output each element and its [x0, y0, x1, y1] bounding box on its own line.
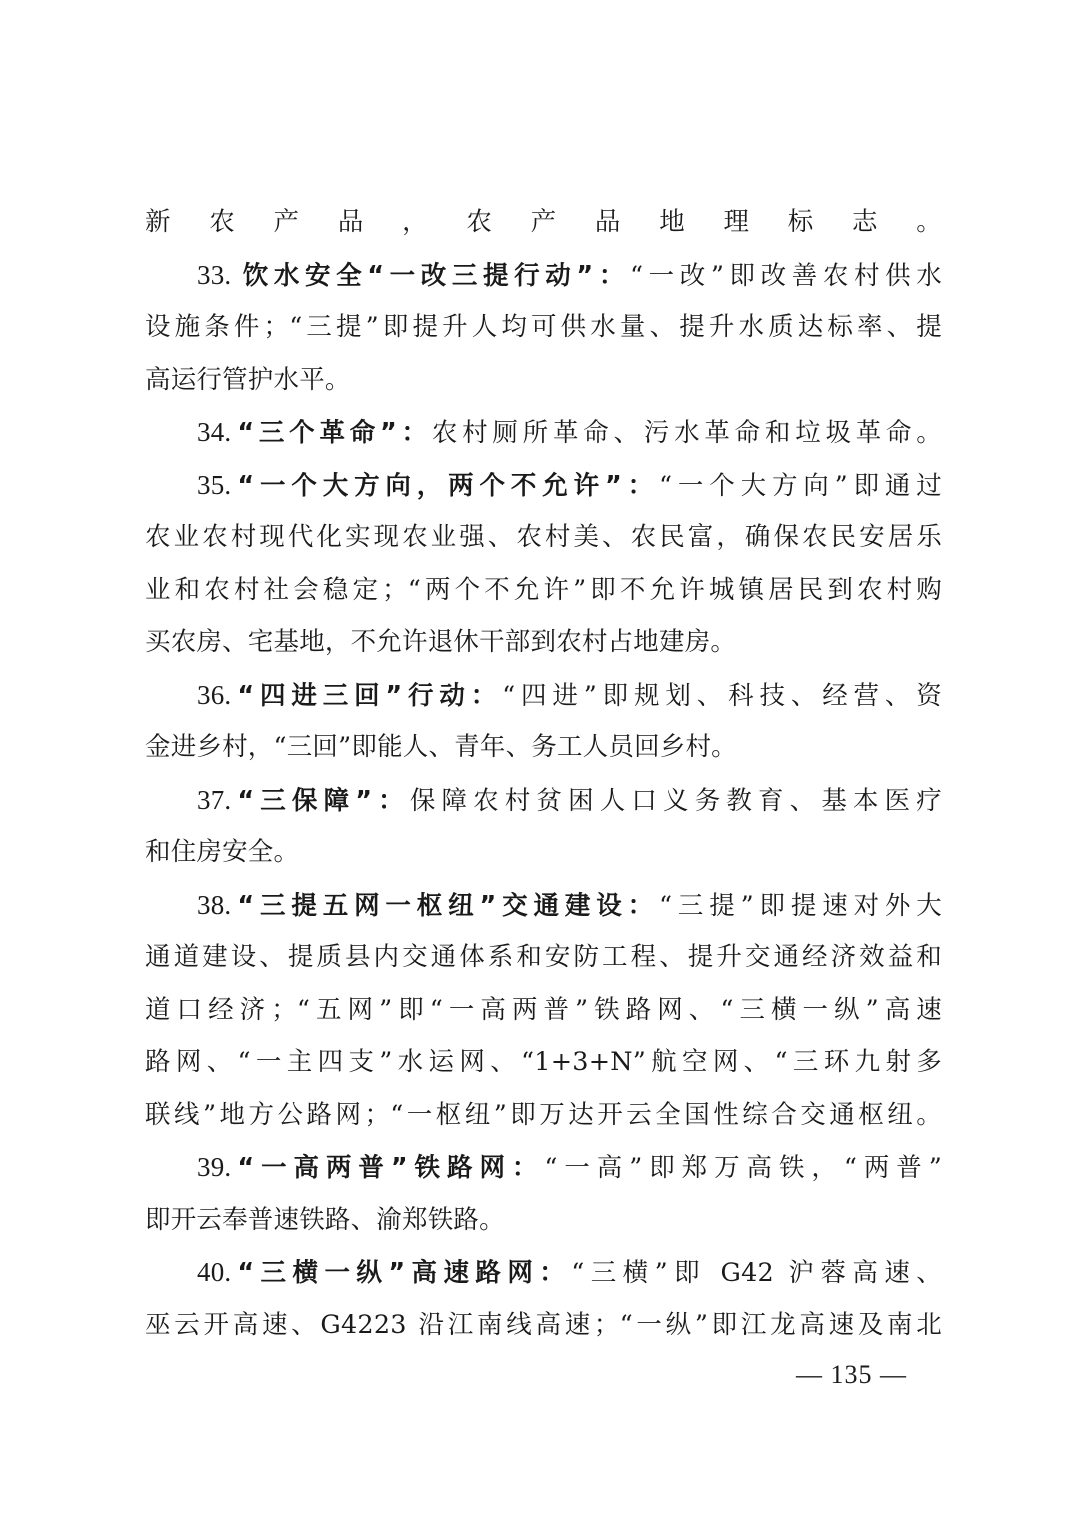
item-number: 33.: [197, 260, 231, 290]
body-text: 农业农村现代化实现农业强、农村美、农民富，确保农民安居乐: [145, 522, 942, 552]
body-text: 农村厕所革命、污水革命和垃圾革命。: [432, 418, 942, 448]
body-text: 即开云奉普速铁路、渝郑铁路。: [145, 1205, 505, 1235]
item-number: 36.: [197, 680, 231, 710]
body-text: 通道建设、提质县内交通体系和安防工程、提升交通经济效益和: [145, 942, 942, 972]
body-text: “一改”即改善农村供水: [630, 261, 942, 291]
body-text: “三提”即提速对外大: [659, 891, 942, 921]
item-title: “三提五网一枢纽”交通建设：: [237, 891, 659, 921]
paragraph-line: 金进乡村，“三回”即能人、青年、务工人员回乡村。: [145, 721, 942, 774]
item-number: 39.: [197, 1152, 231, 1182]
item-number: 34.: [197, 417, 231, 447]
body-text: 新农产品，农产品地理标志。: [145, 207, 942, 237]
item-33-heading-line: 33.饮水安全“一改三提行动”：“一改”即改善农村供水: [145, 249, 942, 302]
item-title: “四进三回”行动：: [237, 681, 502, 711]
body-text: 和住房安全。: [145, 837, 299, 867]
item-number: 38.: [197, 890, 231, 920]
body-text: 保障农村贫困人口义务教育、基本医疗: [410, 786, 942, 816]
body-text: 巫云开高速、G4223 沿江南线高速；“一纵”即江龙高速及南北: [145, 1310, 942, 1340]
paragraph-line: 设施条件；“三提”即提升人均可供水量、提升水质达标率、提: [145, 301, 942, 354]
item-title: “三保障”：: [237, 786, 409, 816]
item-title: 饮水安全“一改三提行动”：: [237, 261, 630, 291]
item-39-heading-line: 39.“一高两普”铁路网：“一高”即郑万高铁，“两普”: [145, 1141, 942, 1194]
body-text: 买农房、宅基地，不允许退休干部到农村占地建房。: [145, 627, 736, 657]
paragraph-line: 和住房安全。: [145, 826, 942, 879]
paragraph-line: 通道建设、提质县内交通体系和安防工程、提升交通经济效益和: [145, 931, 942, 984]
paragraph-line: 即开云奉普速铁路、渝郑铁路。: [145, 1194, 942, 1247]
paragraph-line: 高运行管护水平。: [145, 354, 942, 407]
item-number: 35.: [197, 470, 231, 500]
item-title: “一个大方向，两个不允许”：: [237, 471, 659, 501]
body-text: 联线”地方公路网；“一枢纽”即万达开云全国性综合交通枢纽。: [145, 1100, 942, 1130]
body-text: 道口经济；“五网”即“一高两普”铁路网、“三横一纵”高速: [145, 995, 942, 1025]
item-37-heading-line: 37.“三保障”：保障农村贫困人口义务教育、基本医疗: [145, 774, 942, 827]
item-title: “三横一纵”高速路网：: [237, 1258, 571, 1288]
item-34-heading-line: 34.“三个革命”：农村厕所革命、污水革命和垃圾革命。: [145, 406, 942, 459]
item-36-heading-line: 36.“四进三回”行动：“四进”即规划、科技、经营、资: [145, 669, 942, 722]
body-text: “四进”即规划、科技、经营、资: [502, 681, 942, 711]
body-text: “一个大方向”即通过: [659, 471, 942, 501]
paragraph-line: 农业农村现代化实现农业强、农村美、农民富，确保农民安居乐: [145, 511, 942, 564]
page-number: — 135 —: [796, 1360, 907, 1390]
item-title: “三个革命”：: [237, 418, 431, 448]
document-page-body: 新农产品，农产品地理标志。 33.饮水安全“一改三提行动”：“一改”即改善农村供…: [145, 196, 942, 1351]
paragraph-line: 新农产品，农产品地理标志。: [145, 196, 942, 249]
item-number: 40.: [197, 1257, 231, 1287]
item-40-heading-line: 40.“三横一纵”高速路网：“三横”即 G42 沪蓉高速、: [145, 1246, 942, 1299]
body-text: “三横”即 G42 沪蓉高速、: [571, 1258, 942, 1288]
body-text: 金进乡村，“三回”即能人、青年、务工人员回乡村。: [145, 732, 737, 762]
paragraph-line: 联线”地方公路网；“一枢纽”即万达开云全国性综合交通枢纽。: [145, 1089, 942, 1142]
body-text: 路网、“一主四支”水运网、“1+3+N”航空网、“三环九射多: [145, 1047, 942, 1077]
item-number: 37.: [197, 785, 231, 815]
paragraph-line: 巫云开高速、G4223 沿江南线高速；“一纵”即江龙高速及南北: [145, 1299, 942, 1352]
item-35-heading-line: 35.“一个大方向，两个不允许”：“一个大方向”即通过: [145, 459, 942, 512]
paragraph-line: 路网、“一主四支”水运网、“1+3+N”航空网、“三环九射多: [145, 1036, 942, 1089]
item-38-heading-line: 38.“三提五网一枢纽”交通建设：“三提”即提速对外大: [145, 879, 942, 932]
paragraph-line: 买农房、宅基地，不允许退休干部到农村占地建房。: [145, 616, 942, 669]
body-text: 设施条件；“三提”即提升人均可供水量、提升水质达标率、提: [145, 312, 942, 342]
paragraph-line: 业和农村社会稳定；“两个不允许”即不允许城镇居民到农村购: [145, 564, 942, 617]
paragraph-line: 道口经济；“五网”即“一高两普”铁路网、“三横一纵”高速: [145, 984, 942, 1037]
body-text: 高运行管护水平。: [145, 365, 351, 395]
body-text: 业和农村社会稳定；“两个不允许”即不允许城镇居民到农村购: [145, 575, 942, 605]
item-title: “一高两普”铁路网：: [237, 1153, 544, 1183]
body-text: “一高”即郑万高铁，“两普”: [544, 1153, 942, 1183]
